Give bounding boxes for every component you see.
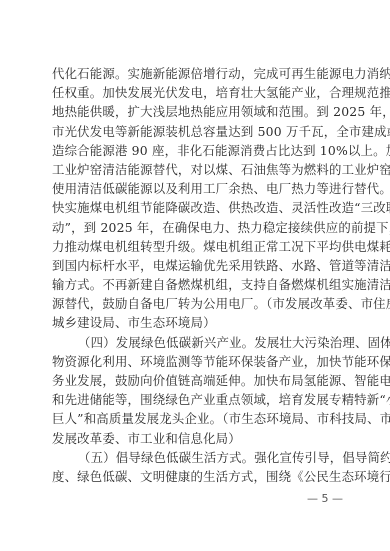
text-line: 造综合能源港 90 座，非化石能源消费占比达到 10%以上。加快: [52, 141, 338, 160]
text-line: 务业发展，鼓励向价值链高端延伸。加快布局氢能源、智能电网: [52, 371, 338, 390]
text-line: 输方式。不再新建自备燃煤机组，支持自备燃煤机组实施清洁能: [52, 275, 338, 294]
body-text: 代化石能源。实施新能源倍增行动，完成可再生能源电力消纳责 任权重。加快发展光伏发…: [52, 64, 338, 486]
text-line: 快实施煤电机组节能降碳改造、供热改造、灵活性改造“三改联: [52, 198, 338, 217]
text-line: 城乡建设局、市生态环境局）: [52, 313, 338, 332]
section-heading-line: （五）倡导绿色低碳生活方式。强化宣传引导，倡导简约适: [52, 448, 338, 467]
text-line: 动”，到 2025 年，在确保电力、热力稳定接续供应的前提下，全: [52, 218, 338, 237]
text-line: 代化石能源。实施新能源倍增行动，完成可再生能源电力消纳责: [52, 64, 338, 83]
text-line: 任权重。加快发展光伏发电，培育壮大氢能产业，合理规范推进: [52, 83, 338, 102]
text-line: 和先进储能等，围绕绿色产业重点领域，培育发展专精特新“小: [52, 390, 338, 409]
text-line: 地热能供暖，扩大浅层地热能应用领域和范围。到 2025 年，全: [52, 102, 338, 121]
text-line: 巨人”和高质量发展龙头企业。（市生态环境局、市科技局、市: [52, 409, 338, 428]
text-line: 源替代，鼓励自备电厂转为公用电厂。（市发展改革委、市住房: [52, 294, 338, 313]
text-line: 工业炉窑清洁能源替代，对以煤、石油焦等为燃料的工业炉窑，: [52, 160, 338, 179]
text-line: 到国内标杆水平，电煤运输优先采用铁路、水路、管道等清洁运: [52, 256, 338, 275]
text-line: 物资源化利用、环境监测等节能环保装备产业，加快节能环保服: [52, 352, 338, 371]
page-number: — 5 —: [300, 492, 350, 505]
section-heading-line: （四）发展绿色低碳新兴产业。发展壮大污染治理、固体废: [52, 333, 338, 352]
text-line: 度、绿色低碳、文明健康的生活方式，围绕《公民生态环境行为: [52, 467, 338, 486]
text-line: 市光伏发电等新能源装机总容量达到 500 万千瓦，全市建成或改: [52, 122, 338, 141]
document-page: 代化石能源。实施新能源倍增行动，完成可再生能源电力消纳责 任权重。加快发展光伏发…: [0, 0, 390, 551]
text-line: 力推动煤电机组转型升级。煤电机组正常工况下平均供电煤耗达: [52, 237, 338, 256]
text-line: 使用清洁低碳能源以及利用工厂余热、电厂热力等进行替代。加: [52, 179, 338, 198]
text-line: 发展改革委、市工业和信息化局）: [52, 429, 338, 448]
